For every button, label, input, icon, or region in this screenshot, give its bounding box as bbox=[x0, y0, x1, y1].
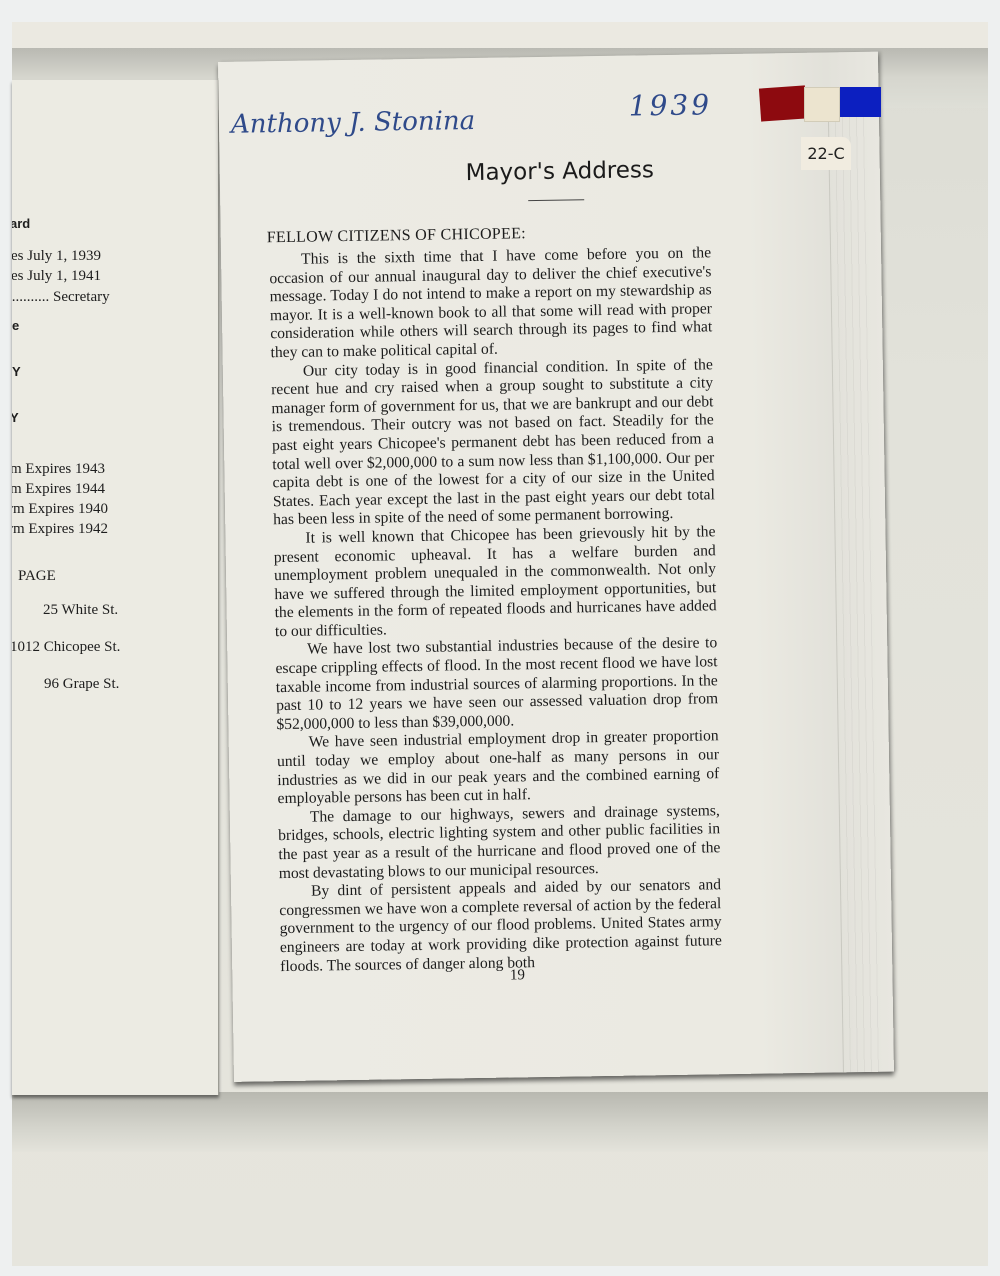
left-line: 25 White St. bbox=[43, 602, 118, 619]
blue-tag bbox=[840, 87, 881, 117]
left-line: m Expires 1943 bbox=[12, 461, 105, 478]
left-line: Y bbox=[12, 364, 21, 379]
handwritten-name: Anthony J. Stonina bbox=[231, 106, 476, 140]
left-line: m Expires 1944 bbox=[12, 481, 105, 498]
left-line: Y bbox=[12, 410, 19, 425]
left-line: ard bbox=[12, 216, 30, 231]
paragraph: We have lost two substantial industries … bbox=[275, 635, 718, 735]
paragraph: We have seen industrial employment drop … bbox=[277, 728, 720, 809]
white-tag bbox=[804, 87, 840, 122]
left-line: rm Expires 1940 bbox=[12, 501, 108, 518]
stacked-page-edges bbox=[828, 92, 884, 1073]
catalog-tag: 22-C bbox=[801, 137, 851, 170]
title-divider bbox=[528, 199, 584, 201]
left-line: ........... Secretary bbox=[12, 289, 110, 306]
paragraph: The damage to our highways, sewers and d… bbox=[278, 802, 721, 883]
left-line: res July 1, 1939 bbox=[12, 248, 101, 265]
paragraph: This is the sixth time that I have come … bbox=[269, 244, 713, 362]
shadow-bottom bbox=[12, 1092, 988, 1152]
left-line: 1012 Chicopee St. bbox=[12, 639, 120, 656]
left-line: 96 Grape St. bbox=[44, 676, 119, 693]
top-edge-strip bbox=[12, 22, 988, 49]
page-title: Mayor's Address bbox=[220, 153, 900, 190]
left-line: PAGE bbox=[18, 568, 56, 585]
paragraph: Our city today is in good financial cond… bbox=[271, 356, 716, 530]
left-line: e bbox=[12, 318, 19, 333]
left-page-fragment: ard res July 1, 1939 res July 1, 1941 ..… bbox=[12, 80, 219, 1095]
handwritten-year: 1939 bbox=[628, 88, 712, 122]
salutation: FELLOW CITIZENS OF CHICOPEE: bbox=[267, 225, 526, 247]
left-line: rm Expires 1942 bbox=[12, 521, 108, 538]
left-line: res July 1, 1941 bbox=[12, 268, 101, 285]
address-body: This is the sixth time that I have come … bbox=[269, 244, 722, 976]
paragraph: It is well known that Chicopee has been … bbox=[273, 523, 717, 641]
red-tag bbox=[759, 85, 807, 121]
right-page: Anthony J. Stonina 1939 Mayor's Address … bbox=[218, 52, 894, 1082]
paragraph: By dint of persistent appeals and aided … bbox=[279, 876, 722, 976]
